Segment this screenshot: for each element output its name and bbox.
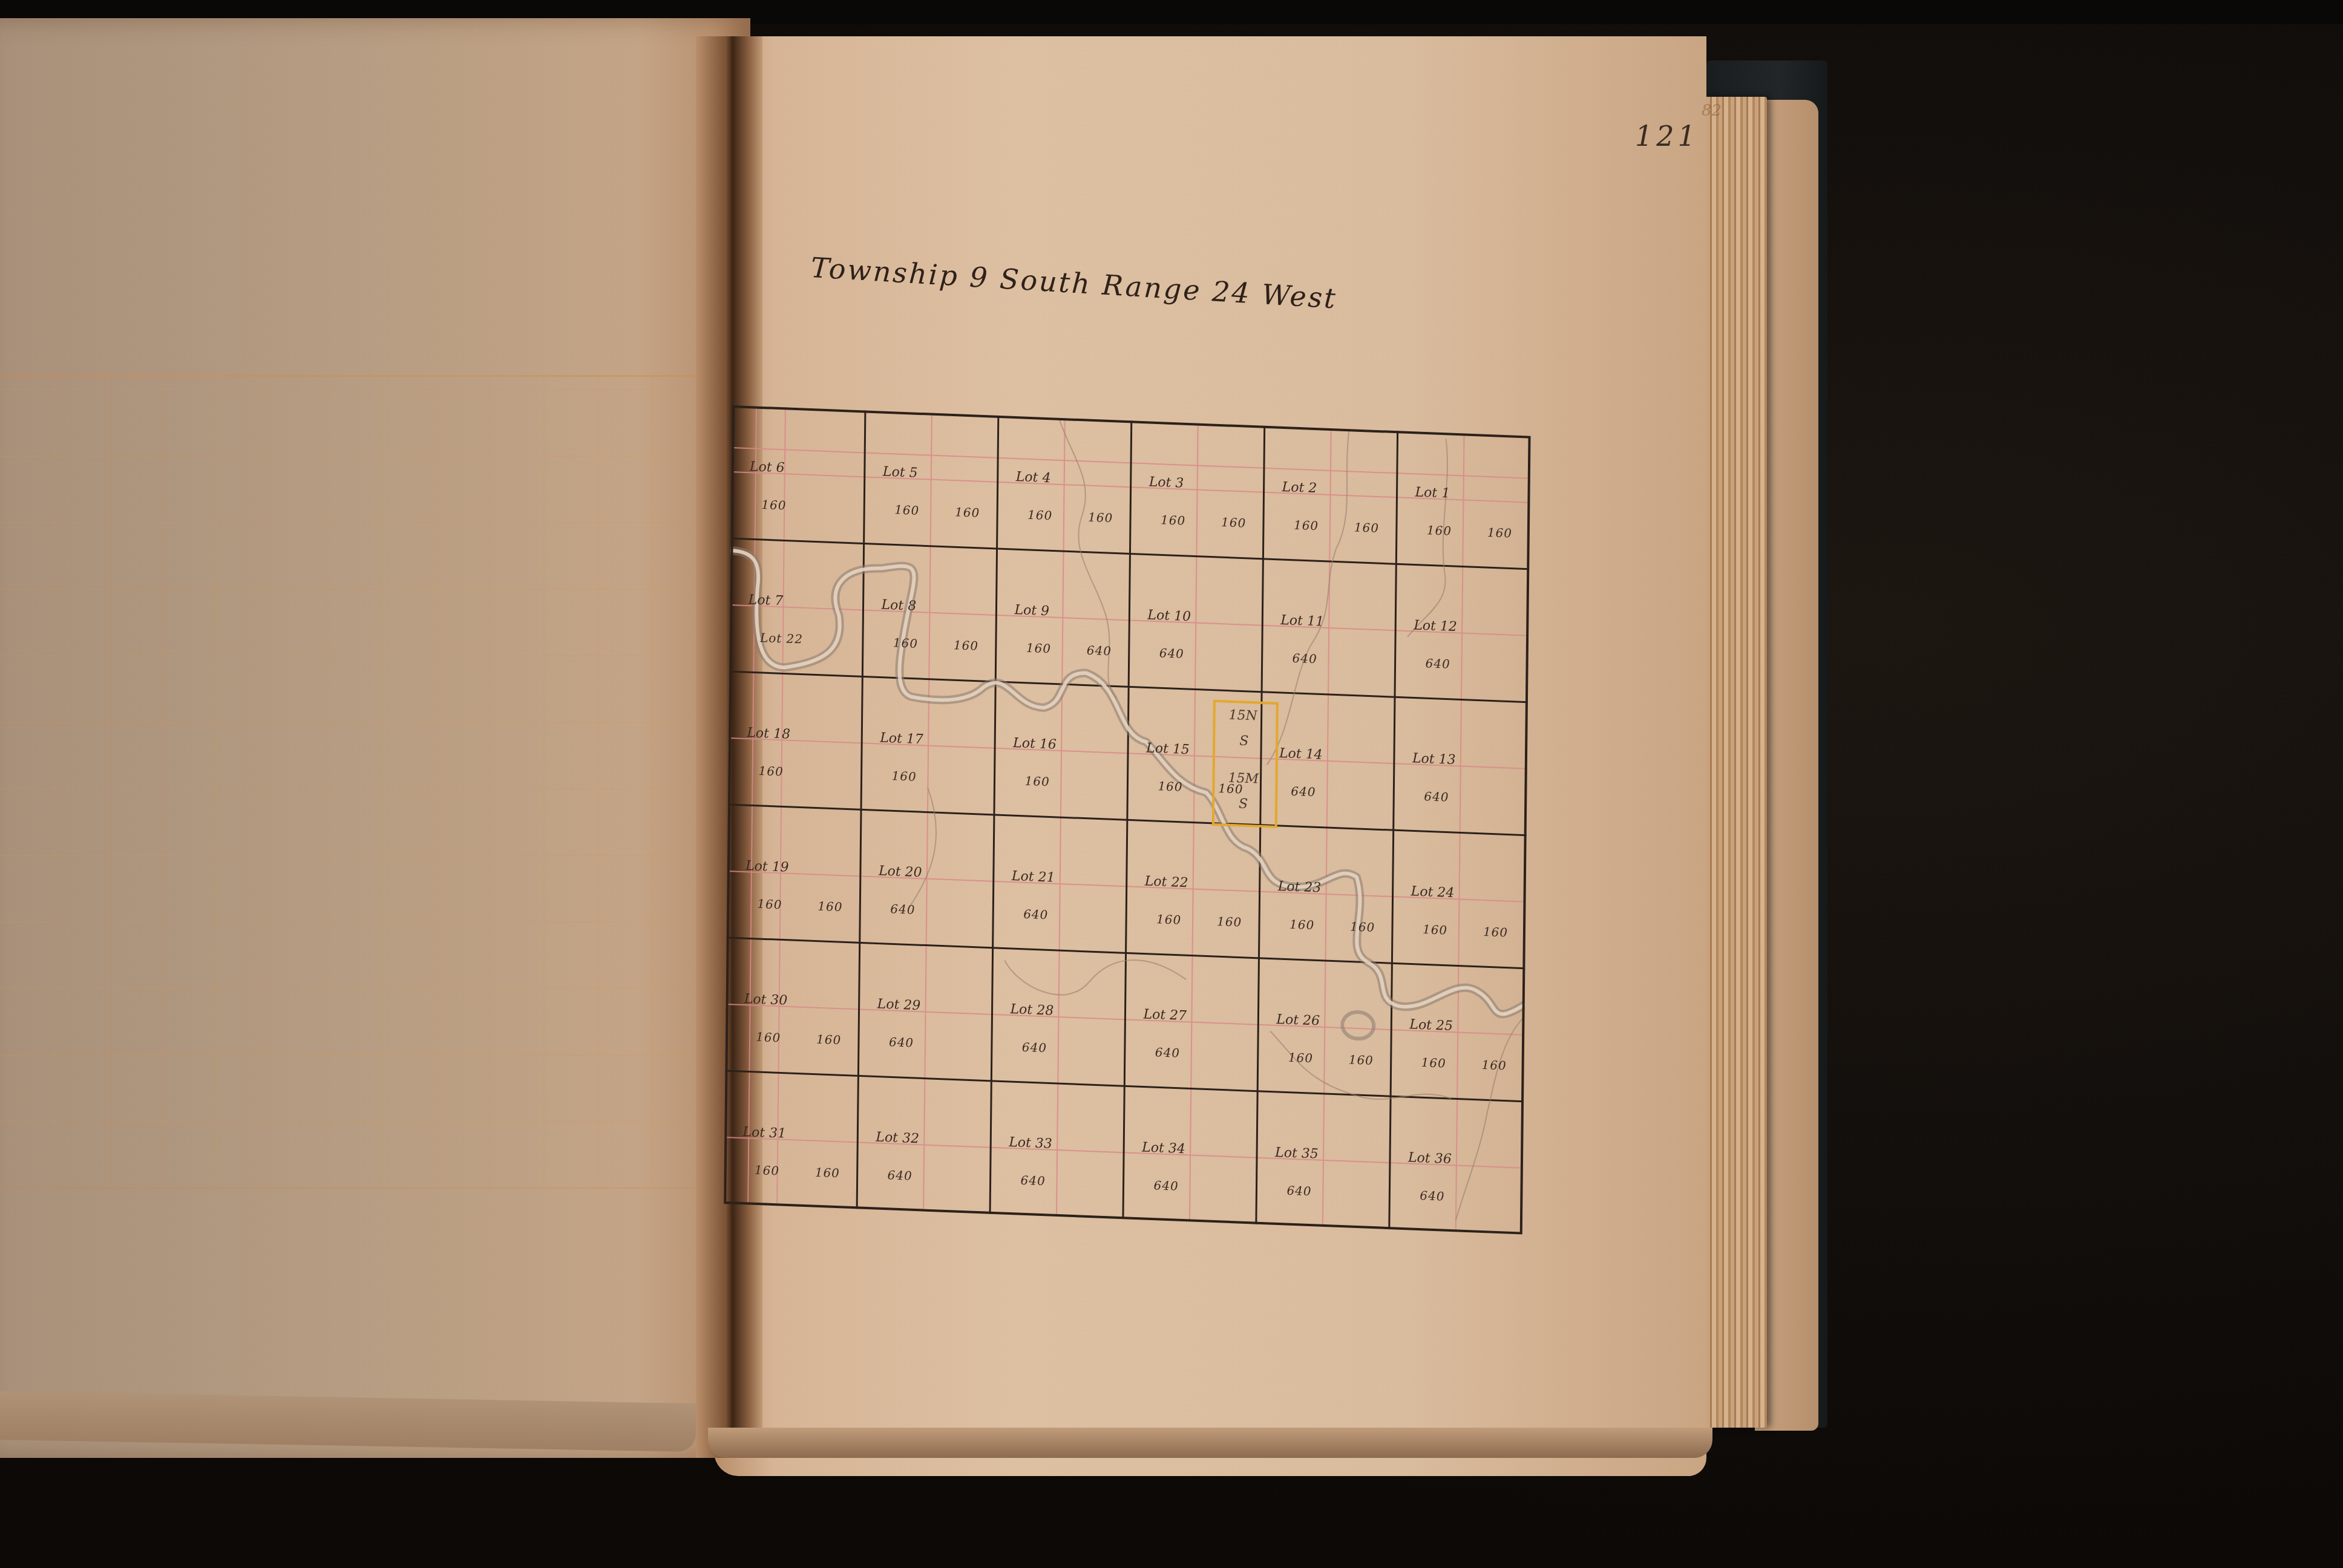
section-lot-label: Lot 1 [1415,485,1450,501]
section-acreage: 640 [1153,1178,1178,1194]
section-lot-label: Lot 10 [1147,607,1191,624]
section-acreage: 160 [1427,523,1452,538]
section-lot-label: Lot 26 [1276,1012,1320,1029]
left-page-ruled-grid [0,375,709,1189]
section-acreage: 640 [1022,1040,1047,1056]
section-acreage: 640 [1155,1045,1180,1060]
section-acreage: 640 [889,1034,914,1050]
section-acreage: 640 [1020,1173,1045,1189]
section-acreage: 160 [818,899,842,915]
section-lot-label: Lot 30 [744,991,788,1008]
section-lot-label: Lot 18 [747,725,790,742]
section-acreage: 160 [1027,508,1052,523]
highlight-label-bottom-s: S [1239,796,1248,812]
section-acreage: 160 [1423,922,1447,938]
section-lot-label: Lot 7 [749,592,784,609]
right-page-bottom-edge [708,1428,1712,1458]
section-acreage: 160 [891,768,916,784]
section-lot-label: Lot 11 [1280,613,1324,630]
section-acreage: 160 [755,1163,779,1178]
section-acreage: 160 [756,1030,781,1045]
section-acreage: 160 [955,505,980,520]
section-acreage: 160 [1088,510,1113,526]
section-lot-label: Lot 21 [1012,869,1055,886]
section-lot-label: Lot 23 [1278,879,1322,896]
section-acreage: 640 [1420,1188,1444,1204]
section-lot-label: Lot 29 [877,997,921,1014]
section-lot-label: Lot 12 [1414,618,1457,635]
section-acreage: 160 [816,1032,841,1048]
section-lot-label: Lot 34 [1142,1140,1185,1157]
section-lot-label: Lot 15 [1146,740,1190,757]
section-acreage: 160 [1350,920,1375,935]
section-lot-label: Lot 16 [1013,736,1057,753]
section-acreage: 160 [1024,774,1049,789]
section-lot-label: Lot 4 [1016,469,1051,486]
section-acreage: 160 [893,635,918,651]
section-lot-label: Lot 3 [1149,474,1184,491]
section-acreage: 640 [890,901,915,917]
section-acreage: 640 [1424,789,1449,805]
section-acreage: 160 [1421,1055,1446,1071]
section-lot-label: Lot 28 [1010,1002,1054,1019]
left-page [0,18,750,1458]
highlight-label-bottom: 15M [1228,771,1259,787]
section-acreage: 640 [1293,651,1317,667]
section-acreage: 160 [894,502,919,518]
section-acreage: 160 [1158,779,1182,794]
section-lot-label: Lot 27 [1143,1007,1187,1024]
section-lot-label: Lot 5 [883,465,918,481]
highlight-label-top: 15N [1229,708,1257,724]
section-acreage: 160 [1482,1057,1507,1073]
section-acreage: 160 [1221,515,1246,531]
section-lot-label: Lot 9 [1014,603,1049,619]
section-acreage: 640 [1291,784,1316,800]
section-acreage: 160 [1156,912,1181,927]
page-number: 121 [1635,120,1699,152]
section-lot-label: Lot 13 [1412,751,1456,768]
section-acreage: 640 [1425,656,1450,671]
section-lot-label: Lot 2 [1282,480,1317,496]
section-lot-label: Lot 17 [880,731,923,748]
section-acreage: 640 [1159,645,1184,661]
section-lot-label: Lot 33 [1009,1135,1052,1152]
section-acreage: 160 [1289,917,1314,933]
section-acreage: 160 [1288,1050,1313,1066]
section-acreage: 640 [888,1168,913,1183]
section-acreage: 160 [759,763,784,779]
section-lot-label: Lot 6 [750,459,785,475]
section-acreage: 160 [1354,520,1379,536]
section-lot-label: Lot 24 [1411,884,1455,901]
section-acreage: 160 [815,1165,840,1181]
section-lot-label: Lot 35 [1275,1145,1319,1162]
section-lot-label: Lot 22 [1145,874,1188,890]
section-acreage: 160 [1161,512,1185,528]
plat-border [724,405,1530,1235]
section-acreage: 160 [954,638,978,653]
section-lot-label: Lot 36 [1408,1150,1452,1167]
section-acreage: 160 [1294,518,1319,534]
section-lot-label: Lot 32 [876,1130,919,1147]
section-acreage: 640 [1023,907,1048,923]
section-acreage: 160 [1349,1052,1374,1068]
highlight-label-top-s: S [1239,733,1248,749]
section-lot-label: Lot 25 [1409,1017,1453,1034]
section-lot-label: Lot 19 [745,858,789,875]
section-lot-label: Lot 31 [742,1125,786,1142]
section-acreage: 160 [1487,525,1512,541]
section-acreage: 160 [757,897,782,912]
section-acreage: 160 [1026,641,1051,656]
section-acreage: 160 [1217,914,1242,930]
township-plat-map: Lot 6160Lot 5160160Lot 4160160Lot 316016… [724,405,1530,1235]
section-lot-label: Lot 8 [881,598,916,614]
section-lot-label: Lot 14 [1279,746,1323,763]
section-acreage: 160 [761,497,786,513]
section-acreage: Lot 22 [760,630,803,647]
highlighted-area[interactable]: 15N S 15M S [1212,700,1279,828]
section-acreage: 640 [1286,1183,1311,1199]
section-lot-label: Lot 20 [879,864,922,881]
section-acreage: 640 [1087,643,1112,659]
section-acreage: 160 [1483,924,1508,940]
faint-page-mark: 82 [1702,102,1722,120]
